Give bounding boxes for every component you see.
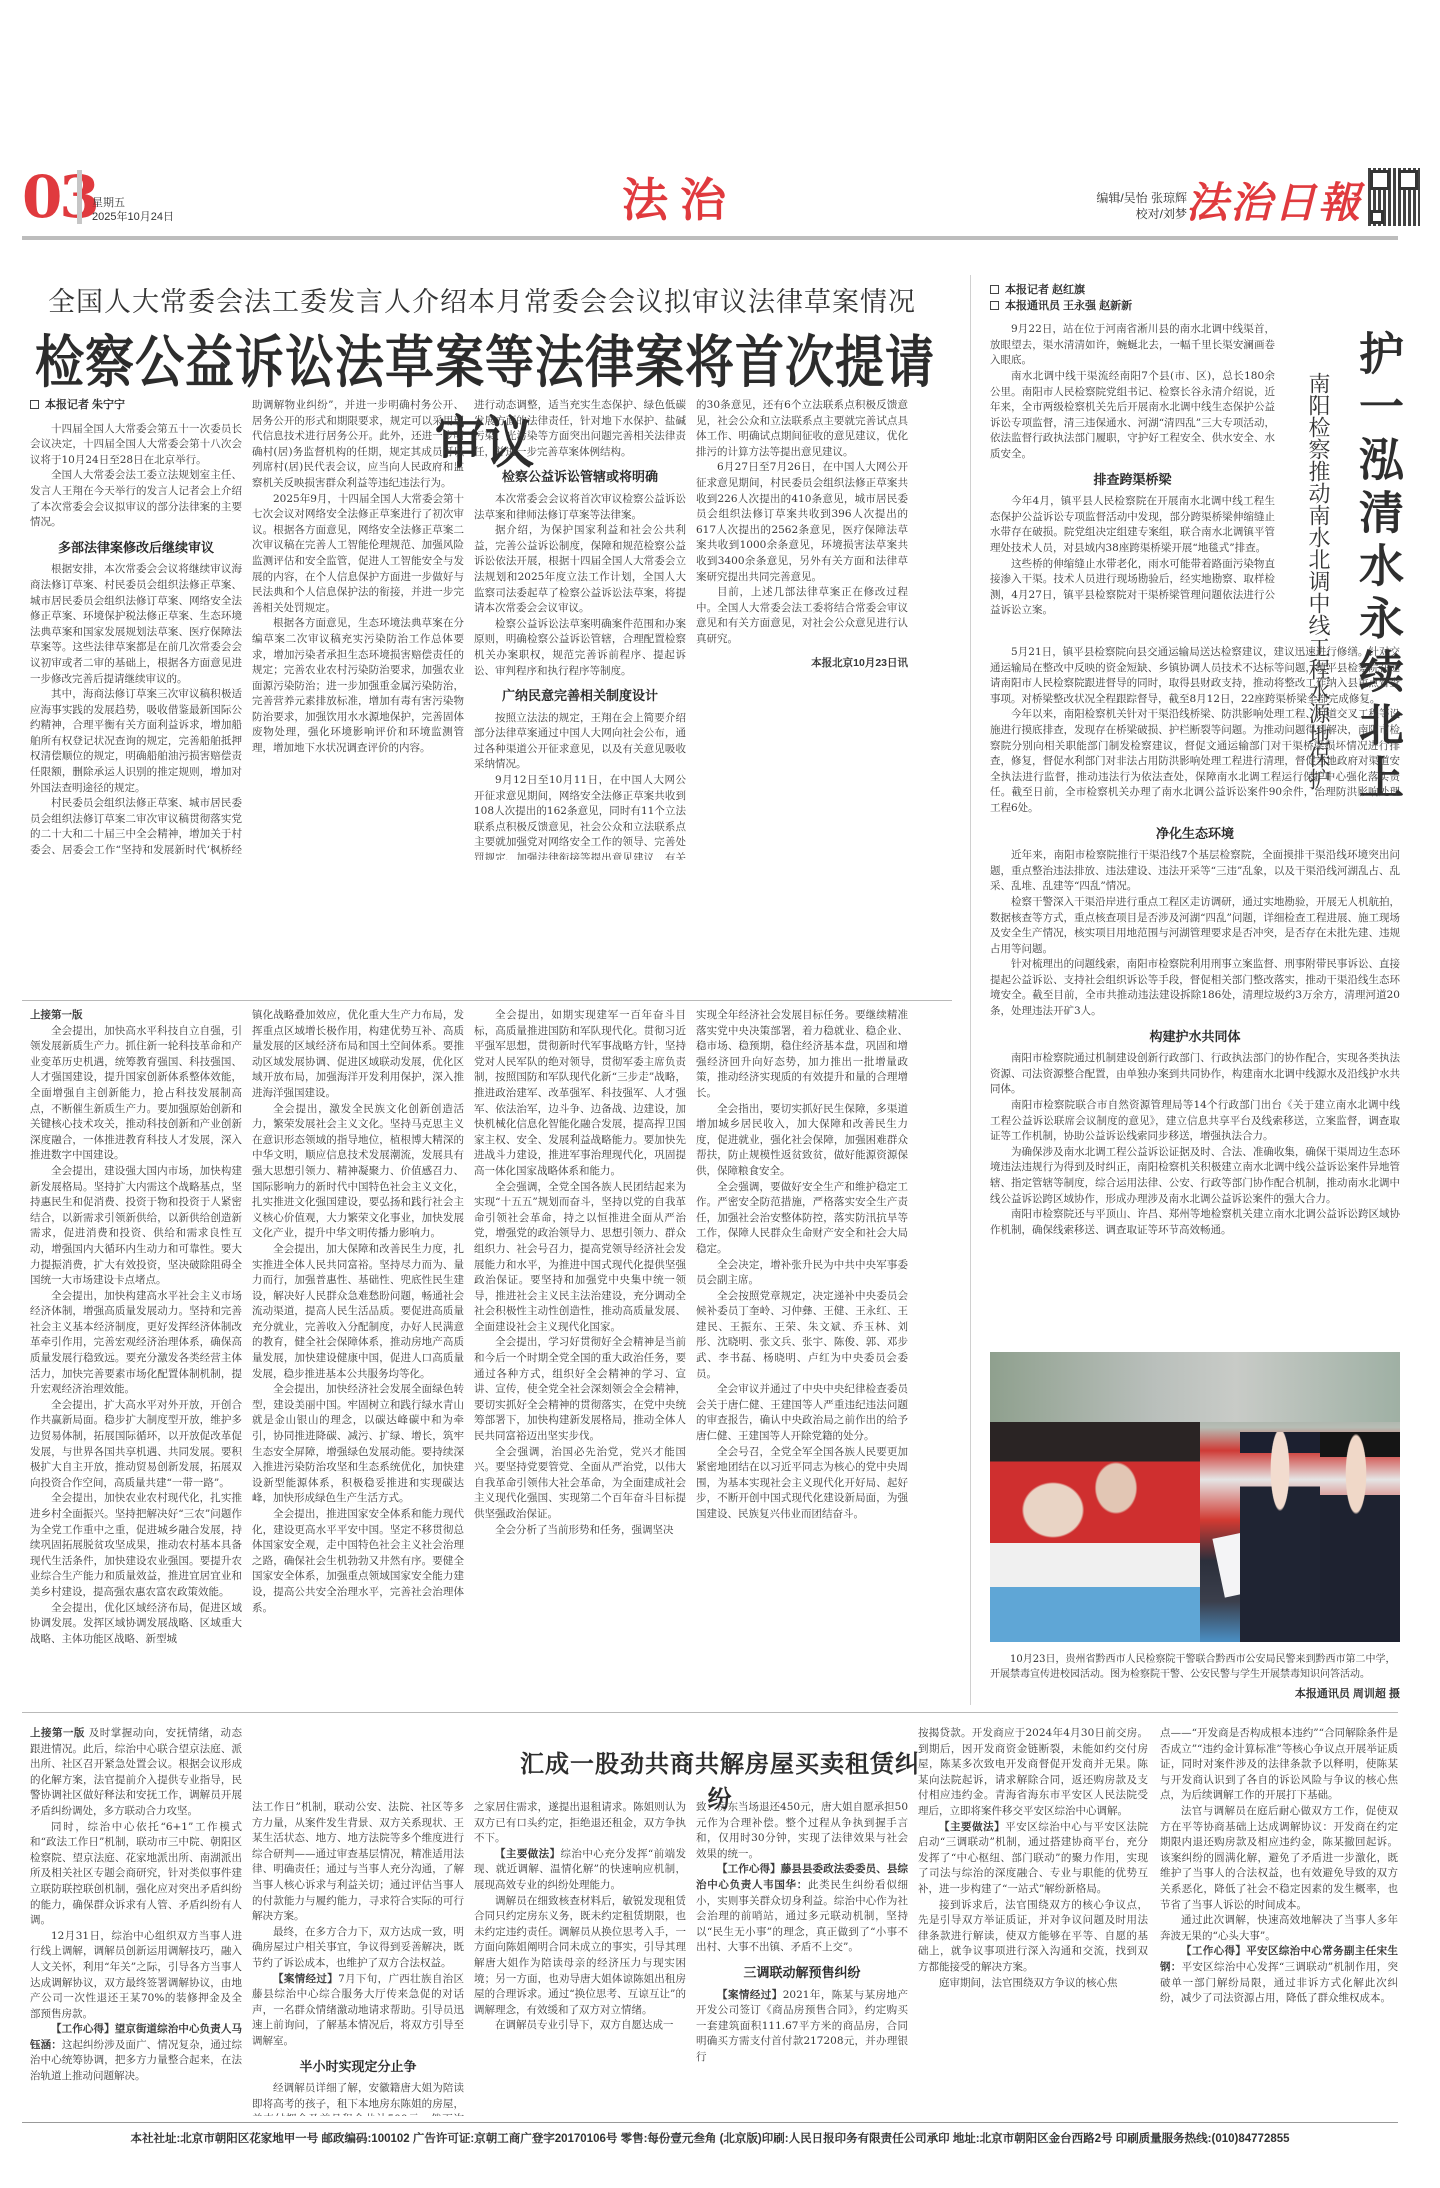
lead-column-4: 的30条意见，还有6个立法联系点积极反馈意见，社会公众和立法联系点主要就完善试点…: [696, 398, 908, 860]
paragraph: 全会号召，全党全军全国各族人民要更加紧密地团结在以习近平同志为核心的党中央周围，…: [696, 1445, 908, 1523]
photo-police-officer: [1240, 1432, 1320, 1642]
paragraph: 同时，综治中心依托“6+1”工作模式和“政法工作日”机制，联动市三中院、朝阳区检…: [30, 1820, 242, 1929]
paragraph: 通过此次调解，快速高效地解决了当事人多年奔波无果的“心头大事”。: [1160, 1913, 1398, 1944]
continued-column-1: 上接第一版 全会提出，加快高水平科技自立自强，引领发展新质生产力。抓住新一轮科技…: [30, 1008, 242, 1703]
paragraph: 全会提出，加快经济社会发展全面绿色转型，建设美丽中国。牢固树立和践行绿水青山就是…: [252, 1382, 464, 1507]
feature-byline-reporter: 本报记者 赵红旗: [990, 283, 1275, 299]
paragraph: 致：房东当场退还450元，唐大姐自愿承担50元作为合理补偿。整个过程从争执到握手…: [696, 1800, 908, 1862]
bottom-column-4: 致：房东当场退还450元，唐大姐自愿承担50元作为合理补偿。整个过程从争执到握手…: [696, 1800, 908, 2116]
paragraph: 全会决定，增补张升民为中共中央军事委员会副主席。: [696, 1258, 908, 1289]
paragraph: 这些桥的伸缩缝止水带老化，雨水可能带着路面污染物直接渗入干渠。技术人员进行现场勘…: [990, 557, 1275, 619]
paragraph: 最终，在多方合力下，双方达成一致，明确房屋过户相关事宜，争议得到妥善解决，既节约…: [252, 1925, 464, 1972]
lead-kicker: 全国人大常委会法工委发言人介绍本月常委会会议拟审议法律草案情况: [42, 280, 922, 319]
paragraph: 全会提出，加快构建高水平社会主义市场经济体制，增强高质量发展动力。坚持和完善社会…: [30, 1289, 242, 1398]
paragraph: 为确保涉及南水北调工程公益诉讼证据及时、合法、准确收集，确保干渠周边生态环境违法…: [990, 1145, 1400, 1207]
paragraph: 全会按照党章规定，决定递补中央委员会候补委员丁奎岭、习仲彝、王健、王永红、王建民…: [696, 1289, 908, 1383]
method-label: 【主要做法】: [939, 1821, 1005, 1833]
paragraph: 经调解员详细了解，安徽籍唐大姐为陪读即将高考的孩子，租下本地房东陈姐的房屋，并支…: [252, 2081, 464, 2116]
bottom-column-2: 法工作日”机制，联动公安、法院、社区等多方力量，从案件发生背景、双方关系现状、王…: [252, 1800, 464, 2116]
footer-imprint: 本社社址:北京市朝阳区花家地甲一号 邮政编码:100102 广告许可证:京朝工商…: [22, 2130, 1398, 2146]
paragraph: 全会提出，加快高水平科技自立自强，引领发展新质生产力。抓住新一轮科技革命和产业变…: [30, 1024, 242, 1164]
paragraph: 全会提出，优化区域经济布局，促进区域协调发展。发挥区域协调发展战略、区域重大战略…: [30, 1601, 242, 1648]
paragraph: 9月12日至10月11日，在中国人大网公开征求意见期间，网络安全法修正草案共收到…: [474, 773, 686, 860]
paragraph: 根据安排，本次常委会会议将继续审议海商法修订草案、村民委员会组织法修正草案、城市…: [30, 562, 242, 687]
photo-background: [990, 1352, 1400, 1422]
method-label: 【主要做法】: [495, 1848, 561, 1860]
column-divider: [970, 275, 971, 1705]
paragraph: 按揭贷款。开发商应于2024年4月30日前交房。到期后，因开发商资金链断裂，未能…: [918, 1726, 1148, 1820]
byline-text: 本报通讯员 王永强 赵新新: [1005, 300, 1132, 312]
page-number-divider: [77, 170, 82, 224]
paragraph: 本次常委会会议将首次审议检察公益诉讼法草案和律师法修订草案等法律案。: [474, 492, 686, 523]
paragraph: 全会提出，加快农业农村现代化，扎实推进乡村全面振兴。坚持把解决好“三农”问题作为…: [30, 1491, 242, 1600]
weekday: 星期五: [92, 196, 174, 210]
paragraph: 南阳市检察院通过机制建设创新行政部门、行政执法部门的协作配合，实现各类执法资源、…: [990, 1051, 1400, 1098]
dateline-signoff: 本报北京10月23日讯: [696, 656, 908, 672]
photo-students: [990, 1422, 1200, 1642]
paragraph: 法官与调解员在庭后耐心做双方工作，促使双方在平等协商基础上达成调解协议：开发商在…: [1160, 1804, 1398, 1913]
paragraph: 根据各方面意见，生态环境法典草案在分编草案二次审议稿充实污染防治工作总体要求，增…: [252, 616, 464, 756]
subheading: 三调联动解预售纠纷: [696, 1966, 908, 1982]
section-divider: [22, 1000, 952, 1001]
case-label: 【案情经过】: [273, 1973, 338, 1985]
paragraph: 全国人大常委会法工委立法规划室主任、发言人王翔在今天举行的发言人记者会上介绍了本…: [30, 468, 242, 530]
qr-corner: [1370, 210, 1384, 224]
paragraph: 全会审议并通过了中央中央纪律检查委员会关于唐仁健、王建国等人严重违纪违法问题的审…: [696, 1382, 908, 1444]
qr-code-icon[interactable]: [1368, 168, 1420, 226]
paragraph: 6月27日至7月26日，在中国人大网公开征求意见期间，村民委员会组织法修正草案共…: [696, 460, 908, 585]
paragraph: 2025年9月，十四届全国人大常委会第十七次会议对网络安全法修正草案进行了初次审…: [252, 492, 464, 617]
paragraph: 法工作日”机制，联动公安、法院、社区等多方力量，从案件发生背景、双方关系现状、王…: [252, 1800, 464, 1925]
paragraph: 进行动态调整，适当充实生态保护、绿色低碳发展方面的法律责任，针对地下水保护、盐碱…: [474, 398, 686, 460]
paragraph: 十四届全国人大常委会第五十一次委员长会议决定，十四届全国人大常委会第十八次会议将…: [30, 422, 242, 469]
byline-box-icon: [990, 285, 999, 294]
paragraph: 针对梳理出的问题线索，南阳市检察院利用刑事立案监督、刑事附带民事诉讼、直接提起公…: [990, 957, 1400, 1019]
issue-date: 2025年10月24日: [92, 210, 174, 224]
paragraph: 12月31日，综治中心组织双方当事人进行线上调解，调解员创新运用调解技巧，融入人…: [30, 1929, 242, 2023]
subheading: 排查跨渠桥梁: [990, 473, 1275, 489]
subheading: 广纳民意完善相关制度设计: [474, 689, 686, 705]
masthead-rule: [22, 236, 1398, 240]
subheading: 检察公益诉讼管辖或将明确: [474, 470, 686, 486]
photo-prosecutor: [1320, 1432, 1400, 1642]
paragraph: 全会提出，推进国家安全体系和能力现代化，建设更高水平平安中国。坚定不移贯彻总体国…: [252, 1507, 464, 1616]
paragraph: 全会提出，加大保障和改善民生力度，扎实推进全体人民共同富裕。坚持尽力而为、量力而…: [252, 1242, 464, 1382]
paragraph: 的30条意见，还有6个立法联系点积极反馈意见，社会公众和立法联系点主要就完善试点…: [696, 398, 908, 460]
paragraph: 全会指出，要切实抓好民生保障，多渠道增加城乡居民收入，加大保障和改善民生力度，促…: [696, 1102, 908, 1180]
paragraph: 镇化战略叠加效应，优化重大生产力布局，发挥重点区域增长极作用，构建优势互补、高质…: [252, 1008, 464, 1102]
bottom-column-1: 上接第一版 及时掌握动向，安抚情绪，动态跟进情况。此后，综治中心联合望京法庭、派…: [30, 1726, 242, 2116]
byline-box-icon: [990, 301, 999, 310]
masthead: 03 星期五 2025年10月24日 法治 编辑/吴怡 张琼辉 校对/刘梦 法治…: [22, 150, 1418, 230]
newspaper-logo: 法治日報: [1186, 170, 1362, 230]
subheading: 净化生态环境: [990, 827, 1400, 843]
byline-box-icon: [30, 400, 39, 409]
paragraph: 助调解物业纠纷”，并进一步明确村务公开、居务公开的形式和期限要求，规定可以采用现…: [252, 398, 464, 492]
subheading: 半小时实现定分止争: [252, 2060, 464, 2076]
continued-label: 上接第一版: [30, 1727, 85, 1739]
editors-credit: 编辑/吴怡 张琼辉 校对/刘梦: [1027, 190, 1187, 222]
continued-label: 上接第一版: [30, 1008, 242, 1024]
paragraph: 之家居住需求，遂提出退租请求。陈姐则认为双方已有口头约定，拒绝退还租金，双方争执…: [474, 1800, 686, 1847]
case-label: 【案情经过】: [717, 1989, 783, 2001]
paragraph: 南阳市检察院联合市自然资源管理局等14个行政部门出台《关于建立南水北调中线工程公…: [990, 1098, 1400, 1145]
byline-text: 本报记者 赵红旗: [1005, 284, 1085, 296]
paragraph: 全会提出，学习好贯彻好全会精神是当前和今后一个时期全党全国的重大政治任务，要通过…: [474, 1335, 686, 1444]
lesson-text: 平安区综治中心发挥“三调联动”机制作用，突破单一部门解纷局限，通过非诉方式化解此…: [1160, 1961, 1398, 2004]
proofreader-line: 校对/刘梦: [1027, 206, 1187, 222]
paragraph: 据介绍，为保护国家利益和社会公共利益，完善公益诉讼制度，保障和规范检察公益诉讼依…: [474, 523, 686, 617]
lesson-text: 这起纠纷涉及面广、情况复杂，通过综治中心统筹协调，把多方力量整合起来，在法治轨道…: [30, 2039, 242, 2082]
paragraph: 全会提出，扩大高水平对外开放，开创合作共赢新局面。稳步扩大制度型开放，维护多边贸…: [30, 1398, 242, 1492]
footer-rule: [22, 2122, 1398, 2123]
paragraph: 村民委员会组织法修正草案、城市居民委员会组织法修订草案二审次审议稿贯彻落实党的二…: [30, 796, 242, 860]
subheading: 构建护水共同体: [990, 1030, 1400, 1046]
feature-byline-correspondents: 本报通讯员 王永强 赵新新: [990, 299, 1275, 315]
lead-byline: 本报记者 朱宁宁: [30, 398, 242, 414]
paragraph: 实现全年经济社会发展目标任务。要继续精准落实党中央决策部署，着力稳就业、稳企业、…: [696, 1008, 908, 1102]
paragraph: 全会分析了当前形势和任务，强调坚决: [474, 1523, 686, 1539]
bottom-column-5: 按揭贷款。开发商应于2024年4月30日前交房。到期后，因开发商资金链断裂，未能…: [918, 1726, 1148, 2116]
paragraph: 在调解员专业引导下，双方自愿达成一: [474, 2018, 686, 2034]
paragraph: 南水北调中线干渠流经南阳7个县(市、区)，总长180余公里。南阳市人民检察院党组…: [990, 369, 1275, 463]
paragraph: 全会强调，要做好安全生产和维护稳定工作。严密安全防范措施，严格落实安全生产责任，…: [696, 1180, 908, 1258]
paragraph: 全会强调，全党全国各族人民团结起来为实现“十五五”规划而奋斗，坚持以党的自我革命…: [474, 1180, 686, 1336]
paragraph: 9月22日，站在位于河南省淅川县的南水北调中线渠首，放眼望去，渠水清清如许，蜿蜒…: [990, 322, 1275, 369]
lead-column-2: 助调解物业纠纷”，并进一步明确村务公开、居务公开的形式和期限要求，规定可以采用现…: [252, 398, 464, 860]
paragraph: 检察公益诉讼法草案明确案件范围和办案原则，明确检察公益诉讼管辖，合理配置检察机关…: [474, 617, 686, 679]
paragraph: 全会提出，建设强大国内市场，加快构建新发展格局。坚持扩大内需这个战略基点，坚持惠…: [30, 1164, 242, 1289]
paragraph: 调解员在细致核查材料后，敏锐发现租赁合同只约定房东义务，既未约定租赁期限，也未约…: [474, 1894, 686, 2019]
bottom-column-6: 点——“开发商是否构成根本违约”“合同解除条件是否成立”“违约金计算标准”等核心…: [1160, 1726, 1398, 2116]
byline-text: 本报记者 朱宁宁: [45, 399, 125, 411]
paragraph: 5月21日，镇平县检察院向县交通运输局送达检察建议，建议迅速进行修缮。针对交通运…: [990, 645, 1400, 707]
paragraph: 检察干警深入干渠沿岸进行重点工程区走访调研，通过实地勘验，开展无人机航拍，数据核…: [990, 895, 1400, 957]
date-block: 星期五 2025年10月24日: [92, 196, 174, 224]
continued-column-4: 实现全年经济社会发展目标任务。要继续精准落实党中央决策部署，着力稳就业、稳企业、…: [696, 1008, 908, 1703]
paragraph: 全会提出，激发全民族文化创新创造活力，繁荣发展社会主义文化。坚持马克思主义在意识…: [252, 1102, 464, 1242]
paragraph: 庭审期间，法官围绕双方争议的核心焦: [918, 1976, 1148, 1992]
paragraph: 南阳市检察院还与平顶山、许昌、郑州等地检察机关建立南水北调公益诉讼跨区域协作机制…: [990, 1207, 1400, 1238]
continued-column-2: 镇化战略叠加效应，优化重大生产力布局，发挥重点区域增长极作用，构建优势互补、高质…: [252, 1008, 464, 1703]
paragraph: 今年以来，南阳检察机关针对干渠沿线桥梁、防洪影响处理工程、河道交叉工程等设施进行…: [990, 707, 1400, 816]
news-photo[interactable]: [990, 1352, 1400, 1642]
paragraph-text: 及时掌握动向，安抚情绪，动态跟进情况。此后，综治中心联合望京法庭、派出所、社区召…: [30, 1727, 242, 1817]
paragraph: 接到诉求后，法官围绕双方的核心争议点，先是引导双方举证质证，并对争议问题及时用法…: [918, 1898, 1148, 1976]
paragraph: 其中，海商法修订草案三次审议稿积极适应海事实践的发展趋势，吸收借鉴最新国际公约精…: [30, 687, 242, 796]
feature-column-top: 本报记者 赵红旗 本报通讯员 王永强 赵新新 9月22日，站在位于河南省淅川县的…: [990, 283, 1275, 643]
page-number: 03: [22, 168, 97, 226]
subheading: 多部法律案修改后继续审议: [30, 541, 242, 557]
continued-column-3: 全会提出，如期实现建军一百年奋斗目标，高质量推进国防和军队现代化。贯彻习近平强军…: [474, 1008, 686, 1703]
editors-line: 编辑/吴怡 张琼辉: [1027, 190, 1187, 206]
paragraph: 今年4月，镇平县人民检察院在开展南水北调中线工程生态保护公益诉讼专项监督活动中发…: [990, 494, 1275, 556]
paragraph: 近年来，南阳市检察院推行干渠沿线7个基层检察院，全面摸排干渠沿线环境突出问题，重…: [990, 848, 1400, 895]
paragraph: 全会提出，如期实现建军一百年奋斗目标，高质量推进国防和军队现代化。贯彻习近平强军…: [474, 1008, 686, 1180]
feature-column-bottom: 5月21日，镇平县检察院向县交通运输局送达检察建议，建议迅速进行修缮。针对交通运…: [990, 645, 1400, 1345]
paragraph: 点——“开发商是否构成根本违约”“合同解除条件是否成立”“违约金计算标准”等核心…: [1160, 1726, 1398, 1804]
section-title: 法治: [622, 164, 738, 230]
lead-column-1: 本报记者 朱宁宁 十四届全国人大常委会第五十一次委员长会议决定，十四届全国人大常…: [30, 398, 242, 860]
newspaper-page: 03 星期五 2025年10月24日 法治 编辑/吴怡 张琼辉 校对/刘梦 法治…: [0, 0, 1440, 2188]
bottom-column-3: 之家居住需求，遂提出退租请求。陈姐则认为双方已有口头约定，拒绝退还租金，双方争执…: [474, 1800, 686, 2116]
bottom-section-divider: [22, 1712, 1398, 1713]
paragraph: 目前，上述几部法律草案正在修改过程中。全国人大常委会法工委将结合常委会审议意见和…: [696, 585, 908, 647]
lead-column-3: 进行动态调整，适当充实生态保护、绿色低碳发展方面的法律责任，针对地下水保护、盐碱…: [474, 398, 686, 860]
paragraph: 按照立法法的规定，王翔在会上简要介绍部分法律草案通过中国人大网向社会公布，通过各…: [474, 711, 686, 773]
photo-caption: 10月23日，贵州省黔西市人民检察院干警联合黔西市公安局民警来到黔西市第二中学，…: [990, 1652, 1400, 1682]
photo-credit: 本报通讯员 周训超 摄: [1180, 1685, 1400, 1701]
paragraph: 全会强调，治国必先治党，党兴才能国兴。要坚持党要管党、全面从严治党，以伟大自我革…: [474, 1445, 686, 1523]
